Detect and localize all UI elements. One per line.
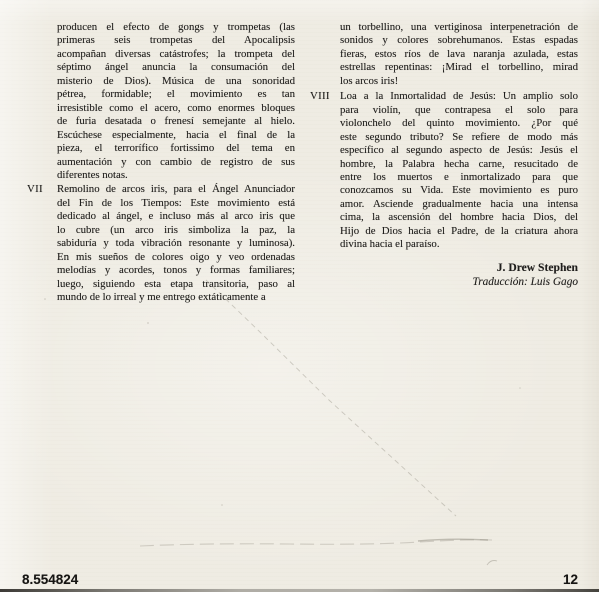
scratch-diagonal	[206, 280, 456, 516]
page-number: 12	[563, 572, 578, 587]
text-line: irresistible como el acero, como enormes…	[57, 102, 295, 115]
paragraph-viii: VIII Loa a la Inmortalidad de Jesús: Un …	[310, 90, 578, 251]
text-line: Remolino de arcos iris, para el Ángel An…	[57, 183, 295, 196]
text-line: mundo de lo irreal y me entrego extática…	[57, 291, 295, 304]
translation-credit: Traducción: Luis Gago	[310, 275, 578, 290]
catalog-number: 8.554824	[22, 572, 78, 587]
text-line: lo cubre (un arco iris simboliza la paz,…	[57, 224, 295, 237]
paragraph-text: producen el efecto de gongs y trompetas …	[57, 21, 295, 182]
roman-numeral-viii: VIII	[310, 90, 330, 103]
author-name: J. Drew Stephen	[310, 260, 578, 275]
text-line: fieras, estos ríos de lava naranja azula…	[340, 48, 578, 61]
paragraph-text: un torbellino, una vertiginosa interpene…	[340, 21, 578, 88]
text-line: los arcos iris!	[340, 75, 578, 88]
text-line: Hijo de Dios hacia el Padre, de la criat…	[340, 225, 578, 238]
text-line: En mis sueños de colores oigo y veo orde…	[57, 251, 295, 264]
text-line: pétrea, formidable; el movimiento es tan	[57, 88, 295, 101]
speck	[221, 504, 223, 506]
text-line: melodías y acordes, tonos y formas famil…	[57, 264, 295, 277]
text-line: sabiduría y toda vibración resonante y l…	[57, 237, 295, 250]
text-line: del Fin de los Tiempos: Este movimiento …	[57, 197, 295, 210]
text-line: divina hacia el paraíso.	[340, 238, 578, 251]
text-line: específico al segundo aspecto de Jesús: …	[340, 144, 578, 157]
text-line: conozcamos su Vida. Este movimiento es p…	[340, 184, 578, 197]
text-line: pieza, el terrorífico fortissimo del tem…	[57, 142, 295, 155]
text-line: Escúchese especialmente, hacia el final …	[57, 129, 295, 142]
roman-numeral-vii: VII	[27, 183, 43, 196]
text-line: hombre, la Palabra hecha carne, resucita…	[340, 158, 578, 171]
text-line: este segundo tributo? Se refiere de modo…	[340, 131, 578, 144]
speck	[147, 322, 149, 324]
page-footer: 8.554824 12	[22, 572, 578, 587]
text-line: misterio de Dios). Música de una sonorid…	[57, 75, 295, 88]
text-line: dedicado al ángel, e incluso más al arco…	[57, 210, 295, 223]
text-line: sonidos y colores sobrehumanos. Estas es…	[340, 34, 578, 47]
scanned-booklet-page: { "page": { "description": "Scanned CD b…	[0, 0, 599, 592]
text-line: estrellas repentinas: ¡Mirad el torbelli…	[340, 61, 578, 74]
smudge-dark-segment	[418, 539, 488, 541]
text-line: diferentes notas.	[57, 169, 295, 182]
paragraph-vii: VII Remolino de arcos iris, para el Ánge…	[27, 183, 295, 304]
scratch-squiggle	[487, 561, 497, 566]
paragraph-continuation-right: un torbellino, una vertiginosa interpene…	[310, 21, 578, 88]
text-line: aumentación y con cambio de registro de …	[57, 156, 295, 169]
left-column: producen el efecto de gongs y trompetas …	[27, 21, 295, 305]
text-line: Loa a la Inmortalidad de Jesús: Un ampli…	[340, 90, 578, 103]
speck	[519, 387, 521, 389]
paragraph-text: Remolino de arcos iris, para el Ángel An…	[57, 183, 295, 304]
text-line: para violín, que contrapesa el solo para	[340, 104, 578, 117]
smudge-horizontal	[140, 540, 492, 546]
text-line: amor. Asciende gradualmente hacia una in…	[340, 198, 578, 211]
text-line: de furia desatada o frenesí semejante al…	[57, 115, 295, 128]
text-line: un torbellino, una vertiginosa interpene…	[340, 21, 578, 34]
text-line: violonchelo del quinto movimiento. ¿Por …	[340, 117, 578, 130]
paragraph-text: Loa a la Inmortalidad de Jesús: Un ampli…	[340, 90, 578, 251]
text-line: séptimo ángel anuncia la consumación del	[57, 61, 295, 74]
text-line: luego, siguiendo esta etapa transitoria,…	[57, 278, 295, 291]
signature-block: J. Drew Stephen Traducción: Luis Gago	[310, 260, 578, 290]
text-line: cima, la ascensión del hombre hacia Dios…	[340, 211, 578, 224]
text-line: acompañan diversas catástrofes; la tromp…	[57, 48, 295, 61]
text-line: producen el efecto de gongs y trompetas …	[57, 21, 295, 34]
paragraph-continuation: producen el efecto de gongs y trompetas …	[27, 21, 295, 182]
right-column: un torbellino, una vertiginosa interpene…	[310, 21, 578, 290]
text-line: entre los muertos e inmortalizado para q…	[340, 171, 578, 184]
text-line: primeras seis trompetas del Apocalipsis	[57, 34, 295, 47]
